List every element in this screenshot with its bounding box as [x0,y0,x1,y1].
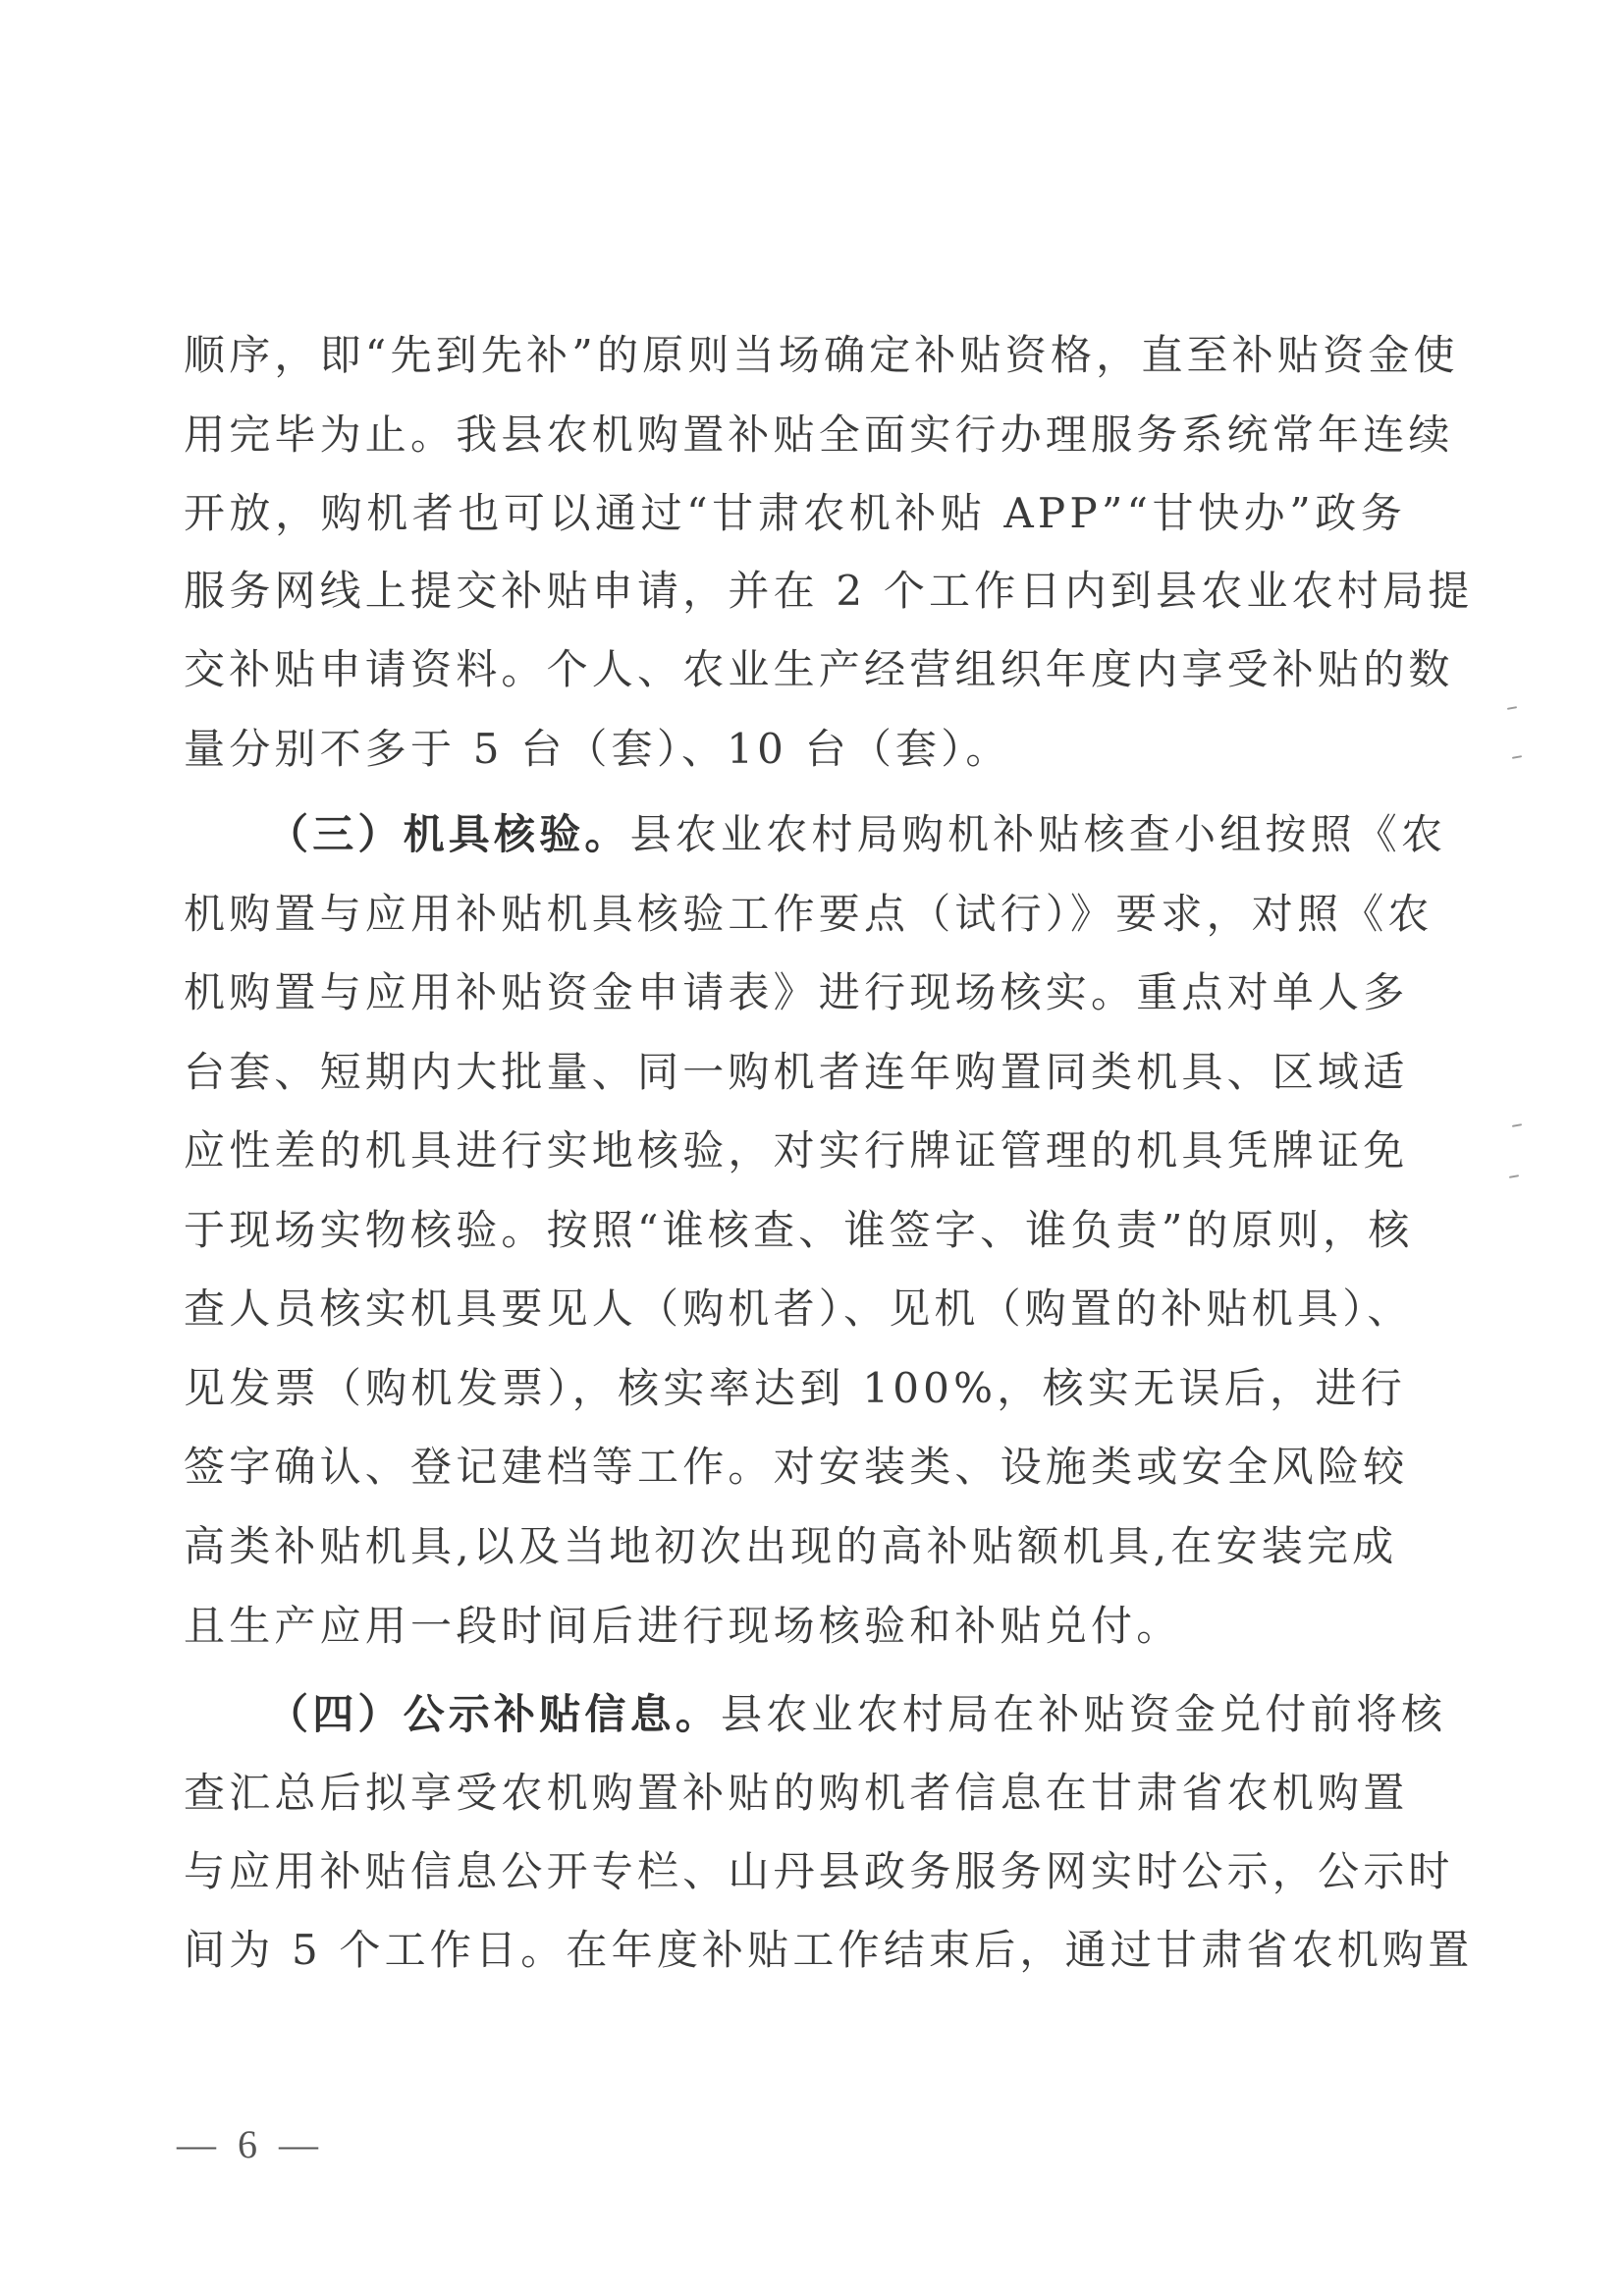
text-line: 开放，购机者也可以通过“甘肃农机补贴 APP”“甘快办”政务 [184,486,1406,541]
scan-mark [1512,755,1522,759]
page-number: — 6 — [177,2121,324,2167]
text-line: 量分别不多于 5 台（套）、10 台（套）。 [184,722,1406,777]
section-text: 县农业农村局在补贴资金兑付前将核 [721,1690,1446,1738]
section-first-line: （三）机具核验。县农业农村局购机补贴核查小组按照《农 [267,807,1406,862]
text-line: 高类补贴机具,以及当地初次出现的高补贴额机具,在安装完成 [184,1519,1362,1574]
section-heading: （四）公示补贴信息。 [267,1690,721,1738]
text-line: 与应用补贴信息公开专栏、山丹县政务服务网实时公示，公示时 [184,1844,1406,1899]
text-line: 服务网线上提交补贴申请，并在 2 个工作日内到县农业农村局提 [184,564,1406,619]
section-heading: （三）机具核验。 [267,810,630,858]
text-line: 签字确认、登记建档等工作。对安装类、设施类或安全风险较 [184,1440,1406,1495]
text-line: 查汇总后拟享受农机购置补贴的购机者信息在甘肃省农机购置 [184,1766,1406,1821]
scan-mark [1509,1175,1519,1178]
section-text: 县农业农村局购机补贴核查小组按照《农 [630,810,1447,858]
text-line: 见发票（购机发票），核实率达到 100%，核实无误后，进行 [184,1361,1406,1416]
section-first-line: （四）公示补贴信息。县农业农村局在补贴资金兑付前将核 [267,1687,1406,1742]
document-page: 顺序，即“先到先补”的原则当场确定补贴资格，直至补贴资金使 用完毕为止。我县农机… [0,0,1623,2296]
text-line: 交补贴申请资料。个人、农业生产经营组织年度内享受补贴的数 [184,642,1406,697]
text-line: 台套、短期内大批量、同一购机者连年购置同类机具、区域适 [184,1045,1406,1100]
text-line: 间为 5 个工作日。在年度补贴工作结束后，通过甘肃省农机购置 [184,1923,1406,1978]
scan-mark [1512,1123,1522,1127]
text-line: 且生产应用一段时间后进行现场核验和补贴兑付。 [184,1599,1406,1654]
text-line: 于现场实物核验。按照“谁核查、谁签字、谁负责”的原则，核 [184,1203,1406,1258]
text-line: 顺序，即“先到先补”的原则当场确定补贴资格，直至补贴资金使 [184,328,1406,383]
scan-mark [1507,706,1517,710]
text-line: 查人员核实机具要见人（购机者）、见机（购置的补贴机具）、 [184,1282,1406,1337]
text-line: 机购置与应用补贴机具核验工作要点（试行）》要求，对照《农 [184,887,1406,942]
text-line: 机购置与应用补贴资金申请表》进行现场核实。重点对单人多 [184,965,1406,1020]
text-line: 应性差的机具进行实地核验，对实行牌证管理的机具凭牌证免 [184,1123,1406,1178]
text-line: 用完毕为止。我县农机购置补贴全面实行办理服务系统常年连续 [184,408,1406,463]
